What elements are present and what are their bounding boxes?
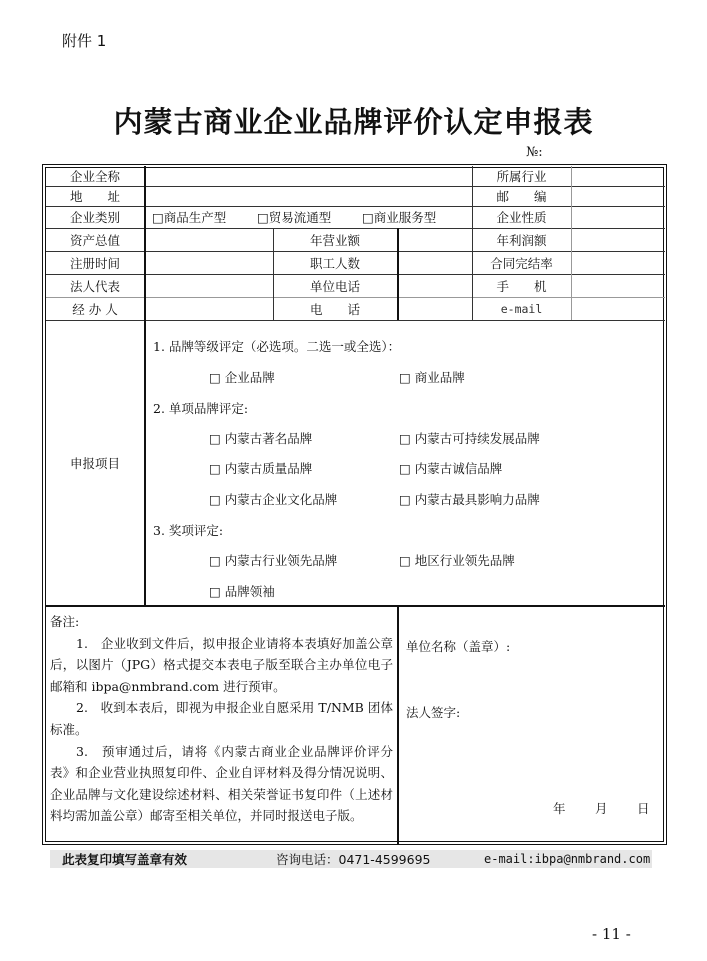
option-culture-brand[interactable]: □ 内蒙古企业文化品牌: [209, 490, 337, 508]
label-annual-revenue: 年营业额: [273, 228, 397, 251]
mobile-field[interactable]: [571, 274, 665, 297]
category-option-service[interactable]: □商业服务型: [362, 206, 470, 228]
option-quality-brand[interactable]: □ 内蒙古质量品牌: [209, 459, 312, 477]
note-item: 3. 预审通过后，请将《内蒙古商业企业品牌评价评分表》和企业营业执照复印件、企业…: [50, 741, 393, 827]
notes-title: 备注:: [50, 611, 393, 633]
company-name-field[interactable]: [145, 166, 472, 186]
note-item: 2. 收到本表后，即视为申报企业自愿采用 T/NMB 团体标准。: [50, 697, 393, 740]
label-legal-representative: 法人代表: [46, 274, 144, 297]
label-industry: 所属行业: [472, 166, 571, 186]
address-field[interactable]: [145, 186, 472, 206]
label-email: e-mail: [472, 297, 571, 320]
unit-phone-field[interactable]: [397, 274, 472, 297]
section-brand-level-title: 1. 品牌等级评定（必选项。二选一或全选）：: [153, 337, 400, 355]
option-famous-brand[interactable]: □ 内蒙古著名品牌: [209, 429, 312, 447]
employees-field[interactable]: [397, 251, 472, 274]
industry-field[interactable]: [571, 166, 665, 186]
label-application-items: 申报项目: [46, 320, 144, 605]
label-total-assets: 资产总值: [46, 228, 144, 251]
handler-field[interactable]: [145, 297, 273, 320]
label-nature: 企业性质: [472, 206, 571, 228]
option-enterprise-brand[interactable]: □ 企业品牌: [209, 368, 275, 386]
label-handler: 经 办 人: [46, 297, 144, 320]
footer-bar: 此表复印填写盖章有效 咨询电话：0471-4599695 e-mail:ibpa…: [50, 850, 652, 868]
section-divider: [46, 605, 665, 607]
option-brand-leader[interactable]: □ 品牌领袖: [209, 582, 275, 600]
label-employees: 职工人数: [273, 251, 397, 274]
annual-profit-field[interactable]: [571, 228, 665, 251]
section-award-title: 3. 奖项评定:: [153, 521, 223, 539]
option-regional-leading-brand[interactable]: □ 地区行业领先品牌: [399, 551, 515, 569]
annual-revenue-field[interactable]: [397, 228, 472, 251]
nature-field[interactable]: [571, 206, 665, 228]
page-title: 内蒙古商业企业品牌评价认定申报表: [0, 100, 707, 141]
category-option-production[interactable]: □商品生产型: [152, 206, 257, 228]
label-mobile: 手 机: [472, 274, 571, 297]
label-unit-name-seal: 单位名称（盖章）:: [406, 637, 510, 655]
page-number: - 11 -: [592, 925, 631, 943]
note-item: 1. 企业收到文件后，拟申报企业请将本表填好加盖公章后，以图片（JPG）格式提交…: [50, 633, 393, 698]
phone-field[interactable]: [397, 297, 472, 320]
serial-number-label: №:: [526, 145, 543, 160]
postcode-field[interactable]: [571, 186, 665, 206]
option-integrity-brand[interactable]: □ 内蒙古诚信品牌: [399, 459, 502, 477]
label-postcode: 邮 编: [472, 186, 571, 206]
email-field[interactable]: [571, 297, 665, 320]
option-commercial-brand[interactable]: □ 商业品牌: [399, 368, 465, 386]
attachment-label: 附件 1: [62, 30, 106, 51]
label-unit-phone: 单位电话: [273, 274, 397, 297]
option-sustainable-brand[interactable]: □ 内蒙古可持续发展品牌: [399, 429, 540, 447]
label-address: 地 址: [46, 186, 144, 206]
label-company-name: 企业全称: [46, 166, 144, 186]
label-contract-rate: 合同完结率: [472, 251, 571, 274]
section-single-brand-title: 2. 单项品牌评定:: [153, 399, 248, 417]
category-option-trade[interactable]: □贸易流通型: [257, 206, 362, 228]
option-influential-brand[interactable]: □ 内蒙古最具影响力品牌: [399, 490, 540, 508]
option-industry-leading-brand[interactable]: □ 内蒙古行业领先品牌: [209, 551, 337, 569]
col-divider: [397, 606, 399, 844]
footer-email: e-mail:ibpa@nmbrand.com: [484, 852, 650, 866]
label-registration-time: 注册时间: [46, 251, 144, 274]
label-category: 企业类别: [46, 206, 144, 228]
registration-time-field[interactable]: [145, 251, 273, 274]
footer-phone: 咨询电话：0471-4599695: [276, 850, 484, 868]
legal-representative-field[interactable]: [145, 274, 273, 297]
label-phone: 电 话: [273, 297, 397, 320]
label-legal-signature: 法人签字:: [406, 703, 460, 721]
label-day: 日: [637, 799, 650, 817]
footer-valid-note: 此表复印填写盖章有效: [62, 850, 276, 868]
contract-rate-field[interactable]: [571, 251, 665, 274]
label-annual-profit: 年利润额: [472, 228, 571, 251]
label-year: 年: [553, 799, 566, 817]
total-assets-field[interactable]: [145, 228, 273, 251]
label-month: 月: [595, 799, 608, 817]
notes-section: 备注: 1. 企业收到文件后，拟申报企业请将本表填好加盖公章后，以图片（JPG）…: [50, 611, 393, 827]
